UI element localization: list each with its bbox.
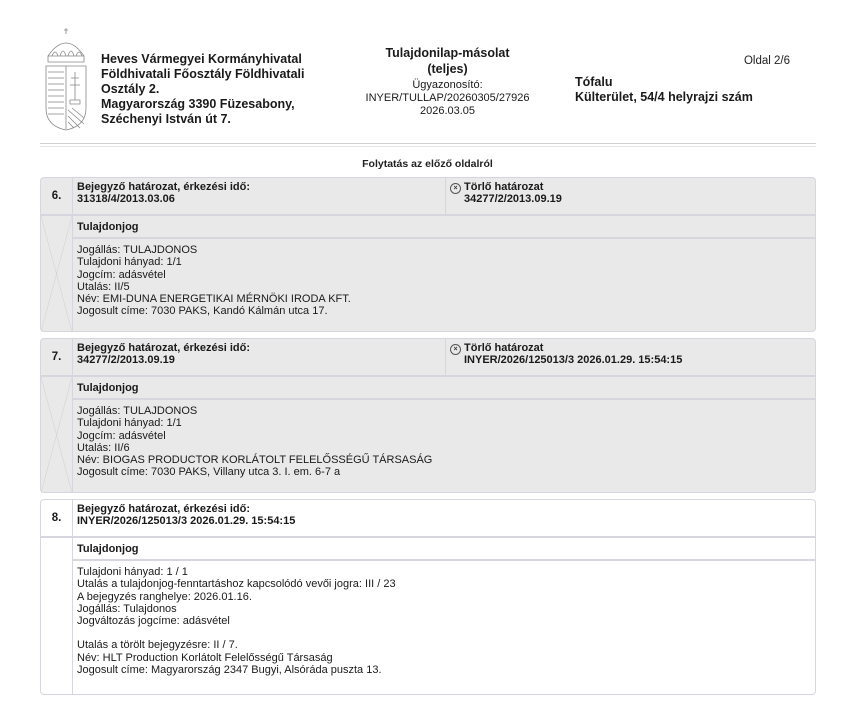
detail-line: Jogállás: TULAJDONOS [77,405,811,417]
detail-line: Jogcím: adásvétel [77,430,811,442]
office-line: Magyarország 3390 Füzesabony, [101,97,331,112]
ownership-entry-8: 8. Bejegyző határozat, érkezési idő: INY… [40,499,816,695]
deletion-value: INYER/2026/125013/3 2026.01.29. 15:54:15 [464,354,682,366]
right-type: Tulajdonjog [73,538,815,561]
deleted-entry-cross [41,216,73,332]
circle-x-icon: × [450,183,461,194]
document-title: Tulajdonilap-másolat [350,45,545,61]
detail-line: Utalás a törölt bejegyzésre: II / 7. [77,639,811,651]
deletion-label: Törlő határozat [464,181,562,193]
detail-line: Tulajdoni hányad: 1/1 [77,256,811,268]
detail-line: A bejegyzés ranghelye: 2026.01.16. [77,591,811,603]
continued-notice: Folytatás az előző oldalról [0,158,855,170]
document-header: Heves Vármegyei Kormányhivatal Földhivat… [0,0,855,140]
property-location: Tófalu Külterület, 54/4 helyrajzi szám [575,75,753,105]
detail-line: Jogváltozás jogcíme: adásvétel [77,615,811,627]
detail-line: Név: BIOGAS PRODUCTOR KORLÁTOLT FELELŐSS… [77,454,811,466]
registration-value: 31318/4/2013.03.06 [77,193,441,205]
entry-number: 7. [41,339,73,375]
header-divider [40,143,816,144]
entry-number: 6. [41,178,73,214]
registration-value: 34277/2/2013.09.19 [77,354,441,366]
right-type: Tulajdonjog [73,216,815,239]
registration-value: INYER/2026/125013/3 2026.01.29. 15:54:15 [77,515,811,527]
deletion-decision: × Törlő határozat INYER/2026/125013/3 20… [446,339,815,375]
detail-line: Utalás: II/6 [77,442,811,454]
entry-details: Jogállás: TULAJDONOS Tulajdoni hányad: 1… [73,239,815,321]
settlement: Tófalu [575,75,753,90]
registration-decision: Bejegyző határozat, érkezési idő: 34277/… [73,339,446,375]
document-info: Tulajdonilap-másolat (teljes) Ügyazonosí… [350,45,545,118]
deletion-label: Törlő határozat [464,342,682,354]
deleted-entry-cross [41,377,73,493]
entry-number: 8. [41,500,73,536]
case-id: INYER/TULLAP/20260305/27926 [350,92,545,105]
document-date: 2026.03.05 [350,105,545,118]
ownership-entry-7: 7. Bejegyző határozat, érkezési idő: 342… [40,338,816,493]
registration-label: Bejegyző határozat, érkezési idő: [77,342,441,354]
detail-line: Jogosult címe: 7030 PAKS, Villany utca 3… [77,466,811,478]
deletion-value: 34277/2/2013.09.19 [464,193,562,205]
case-id-label: Ügyazonosító: [350,79,545,92]
hungarian-coat-of-arms-icon [42,28,90,132]
detail-line: Tulajdoni hányad: 1 / 1 [77,566,811,578]
registration-label: Bejegyző határozat, érkezési idő: [77,181,441,193]
parcel-number: Külterület, 54/4 helyrajzi szám [575,90,753,105]
entry-number-spacer [41,538,73,695]
detail-line: Jogállás: Tulajdonos [77,603,811,615]
issuing-office: Heves Vármegyei Kormányhivatal Földhivat… [101,52,331,127]
page-number: Oldal 2/6 [744,55,790,67]
registration-decision: Bejegyző határozat, érkezési idő: INYER/… [73,500,815,536]
right-type: Tulajdonjog [73,377,815,400]
entry-details: Jogállás: TULAJDONOS Tulajdoni hányad: 1… [73,400,815,482]
registration-decision: Bejegyző határozat, érkezési idő: 31318/… [73,178,446,214]
office-line: Széchenyi István út 7. [101,112,331,127]
registration-label: Bejegyző határozat, érkezési idő: [77,503,811,515]
detail-line: Jogosult címe: 7030 PAKS, Kandó Kálmán u… [77,305,811,317]
detail-line: Utalás a tulajdonjog-fenntartáshoz kapcs… [77,578,811,590]
detail-line: Utalás: II/5 [77,281,811,293]
detail-line: Jogcím: adásvétel [77,269,811,281]
detail-line: Név: EMI-DUNA ENERGETIKAI MÉRNÖKI IRODA … [77,293,811,305]
office-line: Földhivatali Főosztály Földhivatali [101,67,331,82]
deletion-decision: × Törlő határozat 34277/2/2013.09.19 [446,178,815,214]
detail-line: Tulajdoni hányad: 1/1 [77,417,811,429]
document-subtitle: (teljes) [350,61,545,77]
detail-line: Név: HLT Production Korlátolt Felelősség… [77,652,811,664]
detail-line: Jogosult címe: Magyarország 2347 Bugyi, … [77,664,811,676]
header-divider-secondary [40,146,816,147]
ownership-entry-6: 6. Bejegyző határozat, érkezési idő: 313… [40,177,816,332]
detail-line: Jogállás: TULAJDONOS [77,244,811,256]
blank-line [77,627,811,639]
office-line: Heves Vármegyei Kormányhivatal [101,52,331,67]
office-line: Osztály 2. [101,82,331,97]
circle-x-icon: × [450,344,461,355]
entry-details: Tulajdoni hányad: 1 / 1 Utalás a tulajdo… [73,561,815,679]
